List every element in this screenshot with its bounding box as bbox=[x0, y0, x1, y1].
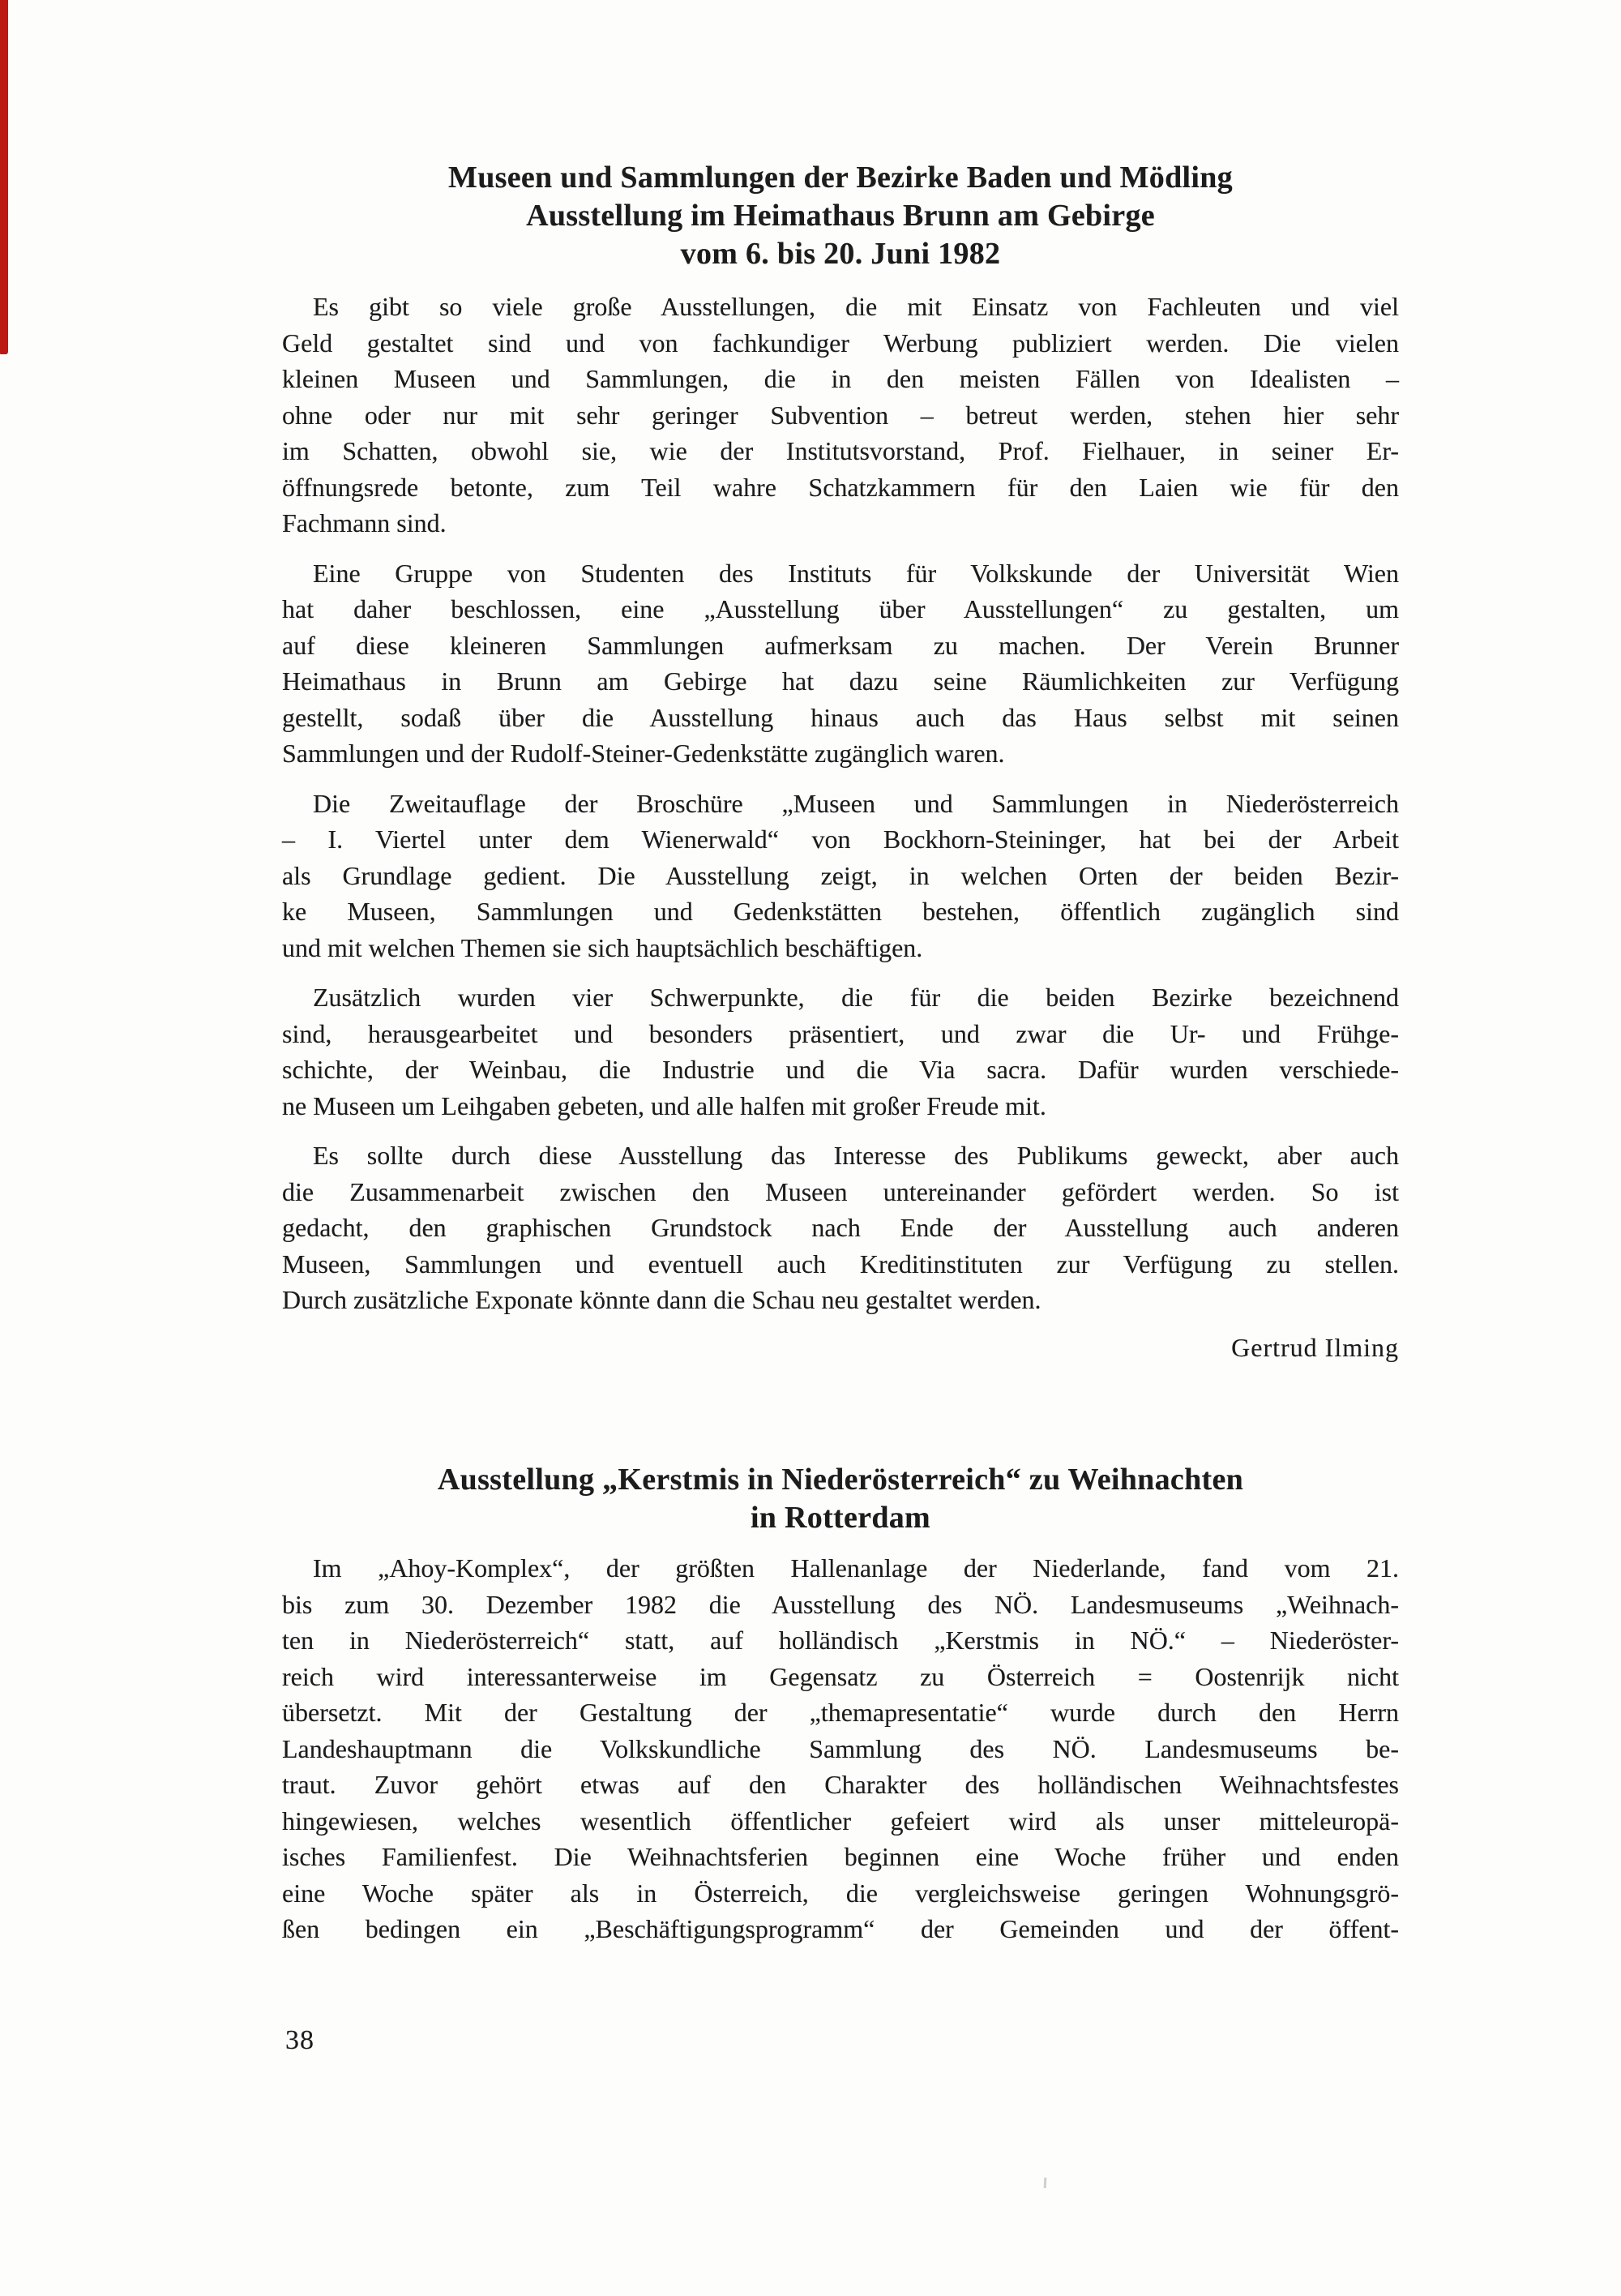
text-line: kleinen Museen und Sammlungen, die in de… bbox=[282, 361, 1399, 397]
text-line: Zusätzlich wurden vier Schwerpunkte, die… bbox=[282, 979, 1399, 1016]
text-line: Sammlungen und der Rudolf-Steiner-Gedenk… bbox=[282, 735, 1399, 772]
text-line: Durch zusätzliche Exponate könnte dann d… bbox=[282, 1282, 1399, 1318]
text-line: Im „Ahoy-Komplex“, der größten Hallenanl… bbox=[282, 1550, 1399, 1587]
text-line: Ausstellung „Kerstmis in Niederösterreic… bbox=[282, 1461, 1399, 1499]
text-line: – I. Viertel unter dem Wienerwald“ von B… bbox=[282, 821, 1399, 858]
text-line: Museen, Sammlungen und eventuell auch Kr… bbox=[282, 1246, 1399, 1283]
text-line: ne Museen um Leihgaben gebeten, und alle… bbox=[282, 1088, 1399, 1124]
text-line: ke Museen, Sammlungen und Gedenkstätten … bbox=[282, 893, 1399, 930]
article1-paragraph-2: Eine Gruppe von Studenten des Instituts … bbox=[282, 555, 1399, 772]
text-line: Heimathaus in Brunn am Gebirge hat dazu … bbox=[282, 663, 1399, 700]
text-line: schichte, der Weinbau, die Industrie und… bbox=[282, 1052, 1399, 1088]
text-line: im Schatten, obwohl sie, wie der Institu… bbox=[282, 433, 1399, 469]
text-line: auf diese kleineren Sammlungen aufmerksa… bbox=[282, 628, 1399, 664]
text-line: die Zusammenarbeit zwischen den Museen u… bbox=[282, 1174, 1399, 1210]
scanned-page-text-block: Museen und Sammlungen der Bezirke Baden … bbox=[282, 0, 1399, 1947]
article1-paragraph-3: Die Zweitauflage der Broschüre „Museen u… bbox=[282, 786, 1399, 966]
article1-author-signature: Gertrud Ilming bbox=[282, 1330, 1399, 1366]
article1-heading: Museen und Sammlungen der Bezirke Baden … bbox=[282, 159, 1399, 273]
text-line: gestellt, sodaß über die Ausstellung hin… bbox=[282, 700, 1399, 736]
article1-paragraph-5: Es sollte durch diese Ausstellung das In… bbox=[282, 1137, 1399, 1318]
article1-paragraph-4: Zusätzlich wurden vier Schwerpunkte, die… bbox=[282, 979, 1399, 1124]
text-line: hat daher beschlossen, eine „Ausstellung… bbox=[282, 591, 1399, 628]
page-number: 38 bbox=[285, 2025, 314, 2056]
text-line: Eine Gruppe von Studenten des Instituts … bbox=[282, 555, 1399, 592]
text-line: ten in Niederösterreich“ statt, auf holl… bbox=[282, 1622, 1399, 1659]
text-line: Geld gestaltet sind und von fachkundiger… bbox=[282, 325, 1399, 362]
text-line: eine Woche später als in Österreich, die… bbox=[282, 1875, 1399, 1912]
text-line: Fachmann sind. bbox=[282, 505, 1399, 542]
text-line: isches Familienfest. Die Weihnachtsferie… bbox=[282, 1839, 1399, 1875]
text-line: sind, herausgearbeitet und besonders prä… bbox=[282, 1016, 1399, 1052]
article2-heading: Ausstellung „Kerstmis in Niederösterreic… bbox=[282, 1461, 1399, 1537]
text-line: Es sollte durch diese Ausstellung das In… bbox=[282, 1137, 1399, 1174]
text-line: übersetzt. Mit der Gestaltung der „thema… bbox=[282, 1694, 1399, 1731]
text-line: Es gibt so viele große Ausstellungen, di… bbox=[282, 289, 1399, 325]
scan-speck-artifact bbox=[1044, 2178, 1047, 2188]
text-line: in Rotterdam bbox=[282, 1499, 1399, 1537]
text-line: ßen bedingen ein „Beschäftigungsprogramm… bbox=[282, 1911, 1399, 1947]
text-line: hingewiesen, welches wesentlich öffentli… bbox=[282, 1803, 1399, 1840]
text-line: Landeshauptmann die Volkskundliche Samml… bbox=[282, 1731, 1399, 1767]
text-line: öffnungsrede betonte, zum Teil wahre Sch… bbox=[282, 469, 1399, 506]
text-line: vom 6. bis 20. Juni 1982 bbox=[282, 235, 1399, 273]
text-line: reich wird interessanterweise im Gegensa… bbox=[282, 1659, 1399, 1695]
text-line: Museen und Sammlungen der Bezirke Baden … bbox=[282, 159, 1399, 197]
scan-edge-artifact bbox=[0, 0, 8, 354]
text-line: Ausstellung im Heimathaus Brunn am Gebir… bbox=[282, 197, 1399, 235]
text-line: bis zum 30. Dezember 1982 die Ausstellun… bbox=[282, 1587, 1399, 1623]
text-line: Die Zweitauflage der Broschüre „Museen u… bbox=[282, 786, 1399, 822]
text-line: traut. Zuvor gehört etwas auf den Charak… bbox=[282, 1767, 1399, 1803]
article1-paragraph-1: Es gibt so viele große Ausstellungen, di… bbox=[282, 289, 1399, 542]
text-line: ohne oder nur mit sehr geringer Subventi… bbox=[282, 397, 1399, 434]
text-line: als Grundlage gedient. Die Ausstellung z… bbox=[282, 858, 1399, 894]
article2-paragraph-1: Im „Ahoy-Komplex“, der größten Hallenanl… bbox=[282, 1550, 1399, 1947]
text-line: gedacht, den graphischen Grundstock nach… bbox=[282, 1210, 1399, 1246]
text-line: und mit welchen Themen sie sich hauptsäc… bbox=[282, 930, 1399, 966]
